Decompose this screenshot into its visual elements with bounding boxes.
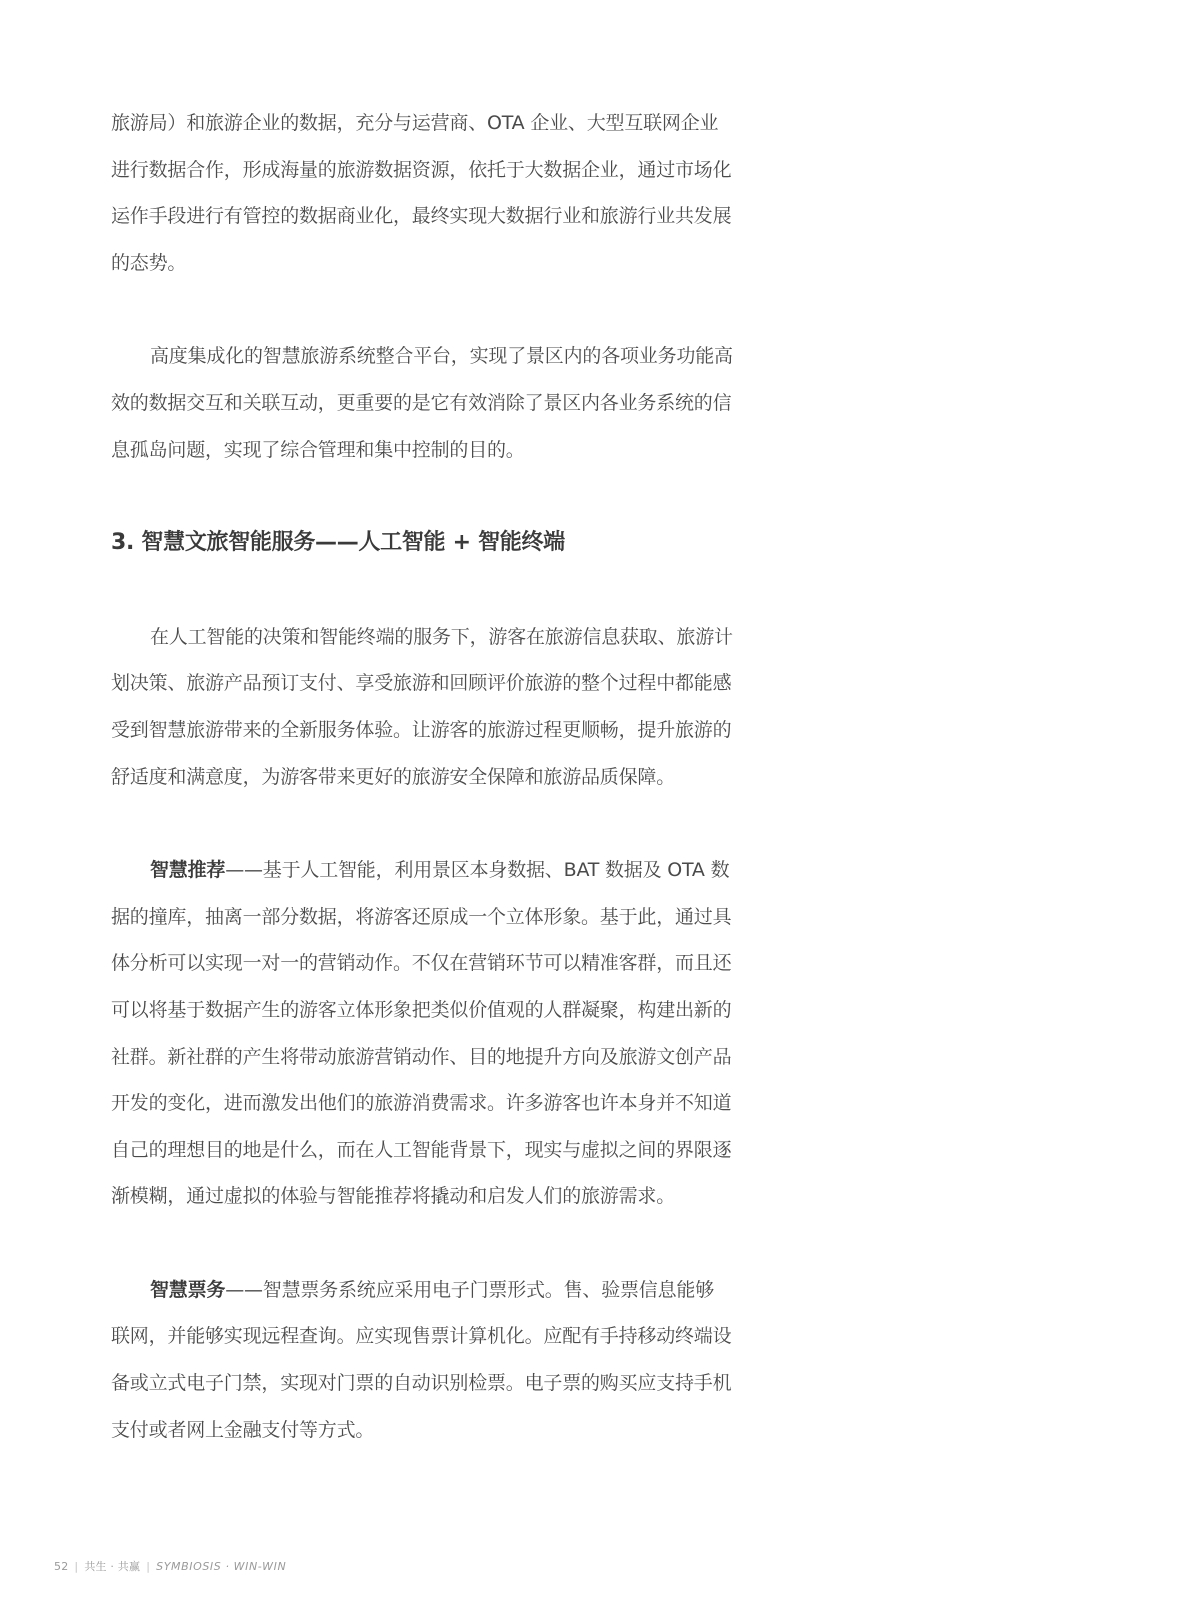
- text-line: 备或立式电子门禁，实现对门票的自动识别检票。电子票的购买应支持手机: [111, 1360, 756, 1407]
- text-line: 开发的变化，进而激发出他们的旅游消费需求。许多游客也许本身并不知道: [111, 1080, 756, 1127]
- paragraph-smart-ticketing: 智慧票务——智慧票务系统应采用电子门票形式。售、验票信息能够 联网，并能够实现远…: [111, 1267, 756, 1453]
- footer-separator: |: [146, 1560, 150, 1573]
- paragraph-lead-term: 智慧票务: [150, 1279, 225, 1301]
- text-line: 运作手段进行有管控的数据商业化，最终实现大数据行业和旅游行业共发展: [111, 193, 756, 240]
- paragraph-gap: [111, 1220, 756, 1267]
- text-line: 划决策、旅游产品预订支付、享受旅游和回顾评价旅游的整个过程中都能感: [111, 660, 756, 707]
- paragraph-gap: [111, 567, 756, 614]
- page-number: 52: [54, 1560, 68, 1573]
- text-line: 旅游局）和旅游企业的数据，充分与运营商、OTA 企业、大型互联网企业: [111, 100, 756, 147]
- section-heading: 3. 智慧文旅智能服务——人工智能 + 智能终端: [111, 520, 756, 567]
- text-line: 舒适度和满意度，为游客带来更好的旅游安全保障和旅游品质保障。: [111, 754, 756, 801]
- text-span: ——基于人工智能，利用景区本身数据、BAT 数据及 OTA 数: [225, 859, 729, 881]
- text-line: 可以将基于数据产生的游客立体形象把类似价值观的人群凝聚，构建出新的: [111, 987, 756, 1034]
- paragraph-gap: [111, 473, 756, 520]
- page-content: 旅游局）和旅游企业的数据，充分与运营商、OTA 企业、大型互联网企业 进行数据合…: [111, 100, 756, 1453]
- text-line: 渐模糊，通过虚拟的体验与智能推荐将撬动和启发人们的旅游需求。: [111, 1173, 756, 1220]
- footer-title-cn: 共生 · 共赢: [84, 1560, 140, 1573]
- text-line: 社群。新社群的产生将带动旅游营销动作、目的地提升方向及旅游文创产品: [111, 1034, 756, 1081]
- text-span: ——智慧票务系统应采用电子门票形式。售、验票信息能够: [225, 1279, 714, 1301]
- page-footer: 52|共生 · 共赢|SYMBIOSIS · WIN-WIN: [54, 1558, 286, 1574]
- paragraph-3: 在人工智能的决策和智能终端的服务下，游客在旅游信息获取、旅游计 划决策、旅游产品…: [111, 614, 756, 800]
- paragraph-gap: [111, 286, 756, 333]
- text-line: 在人工智能的决策和智能终端的服务下，游客在旅游信息获取、旅游计: [111, 614, 756, 661]
- paragraph-1: 旅游局）和旅游企业的数据，充分与运营商、OTA 企业、大型互联网企业 进行数据合…: [111, 100, 756, 286]
- text-line: 效的数据交互和关联互动，更重要的是它有效消除了景区内各业务系统的信: [111, 380, 756, 427]
- text-line: 体分析可以实现一对一的营销动作。不仅在营销环节可以精准客群，而且还: [111, 940, 756, 987]
- text-line: 高度集成化的智慧旅游系统整合平台，实现了景区内的各项业务功能高: [111, 333, 756, 380]
- text-line: 智慧推荐——基于人工智能，利用景区本身数据、BAT 数据及 OTA 数: [111, 847, 756, 894]
- footer-title-en: SYMBIOSIS · WIN-WIN: [156, 1560, 286, 1573]
- text-line: 息孤岛问题，实现了综合管理和集中控制的目的。: [111, 427, 756, 474]
- text-line: 进行数据合作，形成海量的旅游数据资源，依托于大数据企业，通过市场化: [111, 147, 756, 194]
- paragraph-gap: [111, 800, 756, 847]
- paragraph-lead-term: 智慧推荐: [150, 859, 225, 881]
- text-line: 受到智慧旅游带来的全新服务体验。让游客的旅游过程更顺畅，提升旅游的: [111, 707, 756, 754]
- paragraph-2: 高度集成化的智慧旅游系统整合平台，实现了景区内的各项业务功能高 效的数据交互和关…: [111, 333, 756, 473]
- text-line: 联网，并能够实现远程查询。应实现售票计算机化。应配有手持移动终端设: [111, 1313, 756, 1360]
- footer-separator: |: [74, 1560, 78, 1573]
- text-line: 自己的理想目的地是什么，而在人工智能背景下，现实与虚拟之间的界限逐: [111, 1127, 756, 1174]
- text-line: 支付或者网上金融支付等方式。: [111, 1407, 756, 1454]
- text-line: 智慧票务——智慧票务系统应采用电子门票形式。售、验票信息能够: [111, 1267, 756, 1314]
- text-line: 据的撞库，抽离一部分数据，将游客还原成一个立体形象。基于此，通过具: [111, 894, 756, 941]
- text-line: 的态势。: [111, 240, 756, 287]
- paragraph-smart-recommendation: 智慧推荐——基于人工智能，利用景区本身数据、BAT 数据及 OTA 数 据的撞库…: [111, 847, 756, 1220]
